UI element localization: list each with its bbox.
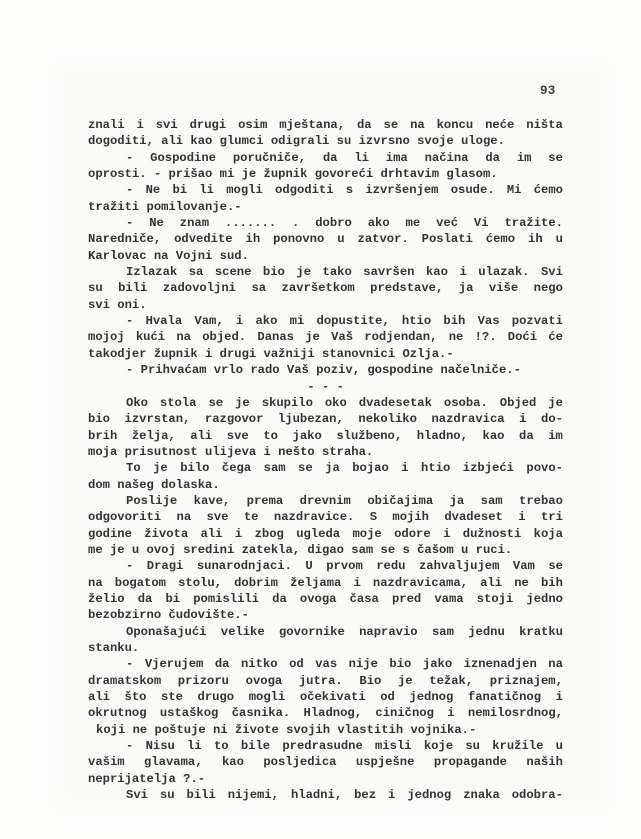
text-line: -Vjerujemdanitkoodvasnijebiojakoiznenadj… <box>88 656 563 672</box>
text-line: oprosti. - prišao mi je župnik govoreći … <box>88 166 563 182</box>
text-line: Okostolasejeskupilookodvadesetakosoba.Ob… <box>88 395 563 411</box>
text-line: Naredniče,odvediteihponovnouzatvor.Posla… <box>88 231 563 247</box>
page-text-body: znaliisvidrugiosimmještana,dasenakoncune… <box>88 117 563 803</box>
text-line: -Gospodineporučniče,daliimanačinadaimse <box>88 150 563 166</box>
text-line: dramatskomprizoruovogajutra.Biojetežak,p… <box>88 673 563 689</box>
text-line: svi oni. <box>88 297 563 313</box>
text-line: Svisubilinijemi,hladni,bezijednogznakaod… <box>88 787 563 803</box>
text-line: godineživotaaliizbogugledamojeodoreidužn… <box>88 526 563 542</box>
section-separator: - - - <box>88 379 563 395</box>
text-line: -Dragisunarodnjaci.Uprvomreduzahvaljujem… <box>88 558 563 574</box>
text-line: znaliisvidrugiosimmještana,dasenakoncune… <box>88 117 563 133</box>
text-line: bezobzirno čudovište.- <box>88 607 563 623</box>
text-line: koji ne poštuje ni živote svojih vlastit… <box>96 722 563 738</box>
text-line: okrutnogustaškogčasnika.Hladnog,ciničnog… <box>88 705 563 721</box>
scanned-page: 93 znaliisvidrugiosimmještana,dasenakonc… <box>0 0 641 839</box>
text-line: Oponašajućivelikegovornikenapraviosamjed… <box>88 624 563 640</box>
text-line: -HvalaVam,iakomidopustite,htiobihVaspozv… <box>88 313 563 329</box>
text-line: vašimglavama,kaoposljedicauspješnepropag… <box>88 754 563 770</box>
text-line: me je u ovoj sredini zatekla, digao sam … <box>88 542 563 558</box>
text-line: alištostedrugomogliočekivatiodjednogfana… <box>88 689 563 705</box>
text-line: moja prisutnost ulijeva i nešto straha. <box>88 444 563 460</box>
text-line: -Neznam........dobroakomevećVitražite. <box>88 215 563 231</box>
text-line: neprijatelja ?.- <box>88 771 563 787</box>
text-line: bioizvrstan,razgovorljubezan,nekolikonaz… <box>88 411 563 427</box>
text-line: takodjer župnik i drugi važniji stanovni… <box>88 346 563 362</box>
text-line: Poslijekave,premadrevnimobičajimajasamtr… <box>88 493 563 509</box>
text-line: -Nisulitobilepredrasudnemislikojesukruži… <box>88 738 563 754</box>
text-line: Izlazaksascenebiojetakosavršenkaoiulazak… <box>88 264 563 280</box>
text-line: dom našeg dolaska. <box>88 477 563 493</box>
text-line: nabogatomstolu,dobrimželjamainazdravicam… <box>88 575 563 591</box>
text-line: odgovoritinasvetenazdravice.Smojihdvades… <box>88 509 563 525</box>
text-line: mojojkućinaobjed.DanasjeVašrodjendan,ne!… <box>88 329 563 345</box>
text-line: -Nebilimogliodgoditisizvršenjemosude.Mić… <box>88 182 563 198</box>
text-line: brihželja,alisvetojakoslužbeno,hladno,ka… <box>88 428 563 444</box>
text-line: Tojebiločegasamsejabojaoihtioizbjećipovo… <box>88 460 563 476</box>
text-line: Karlovac na Vojni sud. <box>88 248 563 264</box>
text-line: subilizadovoljnisazavršetkompredstave,ja… <box>88 280 563 296</box>
text-line: želiodabipomislilidaovogačasapredvamasto… <box>88 591 563 607</box>
text-line: tražiti pomilovanje.- <box>88 199 563 215</box>
page-number: 93 <box>540 84 555 98</box>
text-line: - Prihvaćam vrlo rado Vaš poziv, gospodi… <box>88 362 563 378</box>
text-line: dogoditi, ali kao glumci odigrali su izv… <box>88 133 563 149</box>
text-line: stanku. <box>88 640 563 656</box>
